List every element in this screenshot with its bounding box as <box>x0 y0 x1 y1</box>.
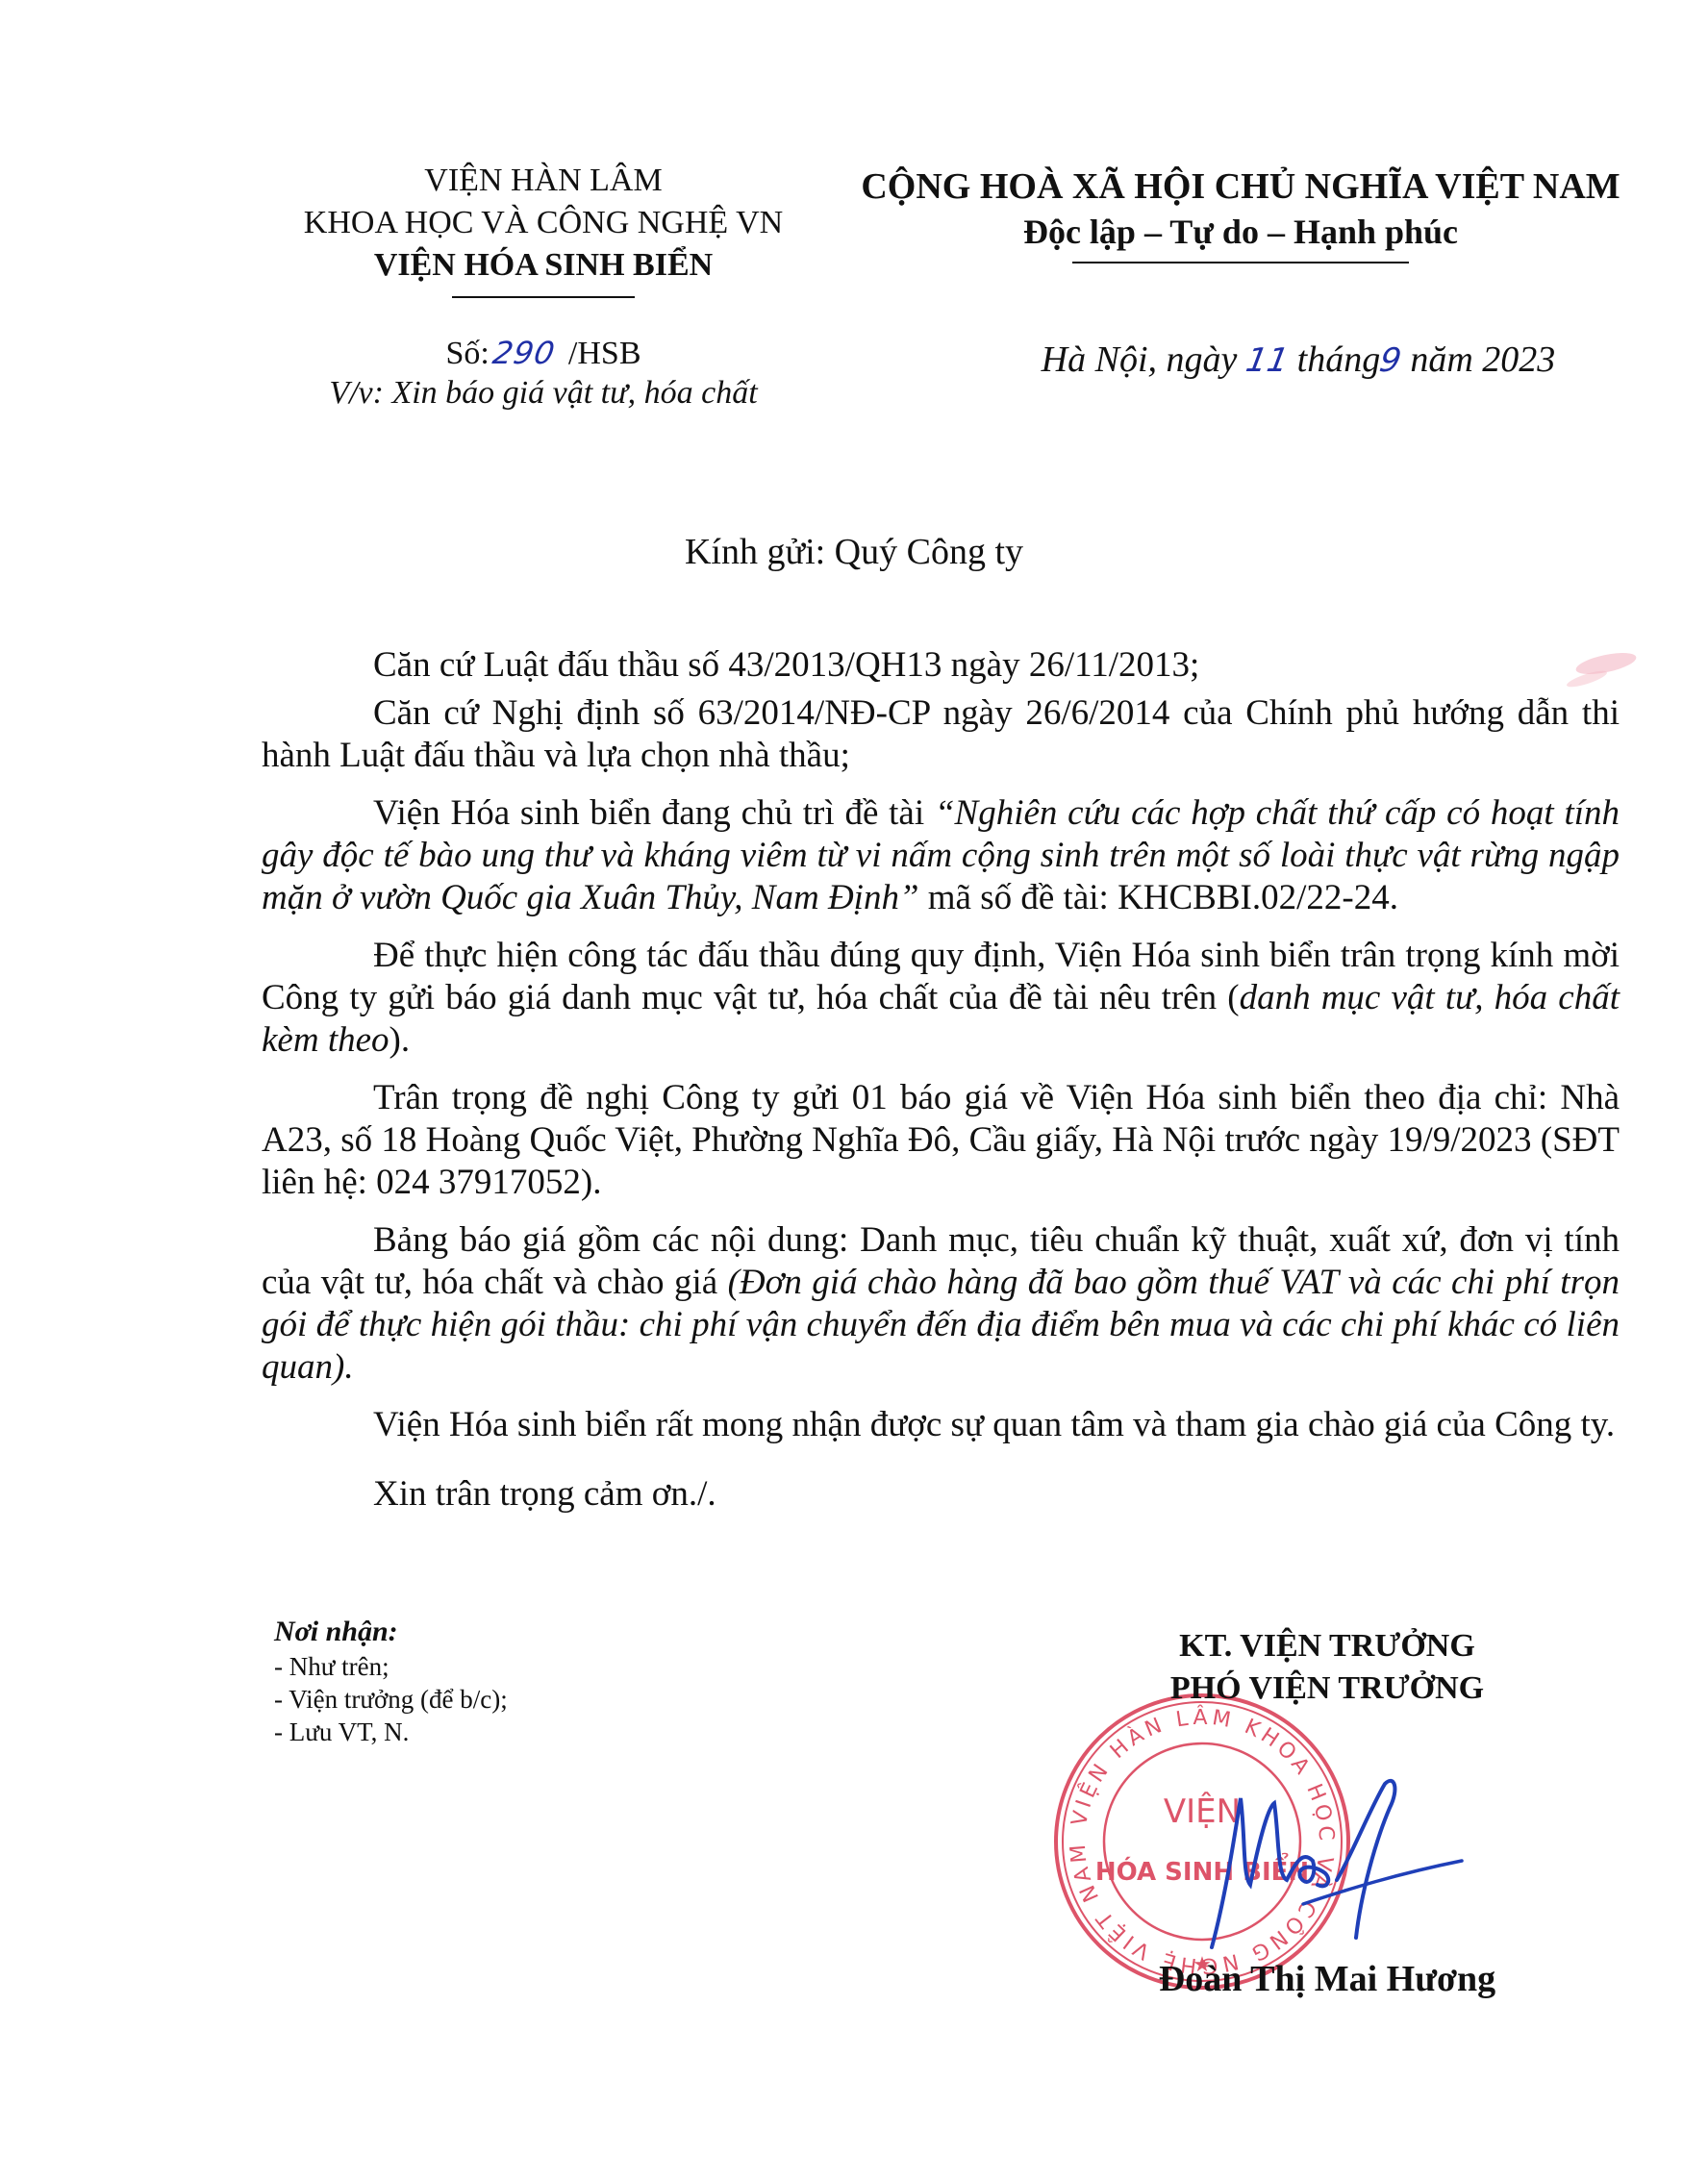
issuing-organization: VIỆN HÀN LÂM KHOA HỌC VÀ CÔNG NGHỆ VN VI… <box>260 160 827 298</box>
national-header: CỘNG HOÀ XÃ HỘI CHỦ NGHĨA VIỆT NAM Độc l… <box>856 163 1625 263</box>
paragraph-closing: Viện Hóa sinh biển rất mong nhận được sự… <box>262 1404 1620 1446</box>
recipient-item: - Như trên; <box>274 1650 716 1683</box>
project-code: mã số đề tài: KHCBBI.02/22-24. <box>919 878 1398 917</box>
project-lead: Viện Hóa sinh biển đang chủ trì đề tài <box>373 793 935 833</box>
invitation-tail: ). <box>389 1020 411 1060</box>
paragraph-submission: Trân trọng đề nghị Công ty gửi 01 báo gi… <box>262 1077 1620 1204</box>
signer-authority: KT. VIỆN TRƯỞNG <box>1106 1625 1548 1667</box>
signature-title: KT. VIỆN TRƯỞNG PHÓ VIỆN TRƯỞNG <box>1106 1625 1548 1710</box>
org-line-academy: VIỆN HÀN LÂM <box>260 160 827 202</box>
recipient-item: - Viện trưởng (để b/c); <box>274 1683 716 1716</box>
ink-smudge <box>1558 644 1645 692</box>
doc-number-suffix: /HSB <box>568 336 641 371</box>
date-line: Hà Nội, ngày 11 tháng9 năm 2023 <box>962 337 1635 384</box>
document-subject: V/v: Xin báo giá vật tư, hóa chất <box>260 372 827 414</box>
salutation: Kính gửi: Quý Công ty <box>0 529 1708 575</box>
paragraph-project: Viện Hóa sinh biển đang chủ trì đề tài “… <box>262 792 1620 919</box>
signer-position: PHÓ VIỆN TRƯỞNG <box>1106 1667 1548 1710</box>
paragraph-legal-basis-2: Căn cứ Nghị định số 63/2014/NĐ-CP ngày 2… <box>262 692 1620 777</box>
signer-name: Đoàn Thị Mai Hương <box>1106 1956 1548 2002</box>
official-letter: VIỆN HÀN LÂM KHOA HỌC VÀ CÔNG NGHỆ VN VI… <box>0 0 1708 2181</box>
paragraph-legal-basis-1: Căn cứ Luật đấu thầu số 43/2013/QH13 ngà… <box>262 644 1620 687</box>
paragraph-invitation: Để thực hiện công tác đấu thầu đúng quy … <box>262 935 1620 1062</box>
org-line-academy-full: KHOA HỌC VÀ CÔNG NGHỆ VN <box>260 202 827 244</box>
date-year: năm 2023 <box>1410 339 1555 380</box>
date-month-label: tháng <box>1297 339 1381 380</box>
document-number: Số:290/HSB <box>260 332 827 375</box>
letter-body: Căn cứ Luật đấu thầu số 43/2013/QH13 ngà… <box>262 644 1620 1516</box>
date-month: 9 <box>1376 338 1405 384</box>
paragraph-quote-contents: Bảng báo giá gồm các nội dung: Danh mục,… <box>262 1219 1620 1389</box>
paragraph-thanks: Xin trân trọng cảm ơn./. <box>262 1473 1620 1516</box>
date-place: Hà Nội, ngày <box>1042 339 1238 380</box>
recipients-block: Nơi nhận: - Như trên; - Viện trưởng (để … <box>274 1614 716 1748</box>
doc-number-prefix: Số: <box>445 336 489 371</box>
national-motto: Độc lập – Tự do – Hạnh phúc <box>856 210 1625 254</box>
handwritten-signature-icon <box>1183 1769 1471 1962</box>
date-day: 11 <box>1243 338 1293 384</box>
org-underline <box>452 296 635 298</box>
org-name: VIỆN HÓA SINH BIỂN <box>260 244 827 287</box>
doc-number-value: 290 <box>490 332 559 374</box>
motto-underline <box>1072 262 1409 263</box>
nation-name: CỘNG HOÀ XÃ HỘI CHỦ NGHĨA VIỆT NAM <box>856 163 1625 210</box>
recipient-item: - Lưu VT, N. <box>274 1716 716 1748</box>
recipients-title: Nơi nhận: <box>274 1614 716 1650</box>
